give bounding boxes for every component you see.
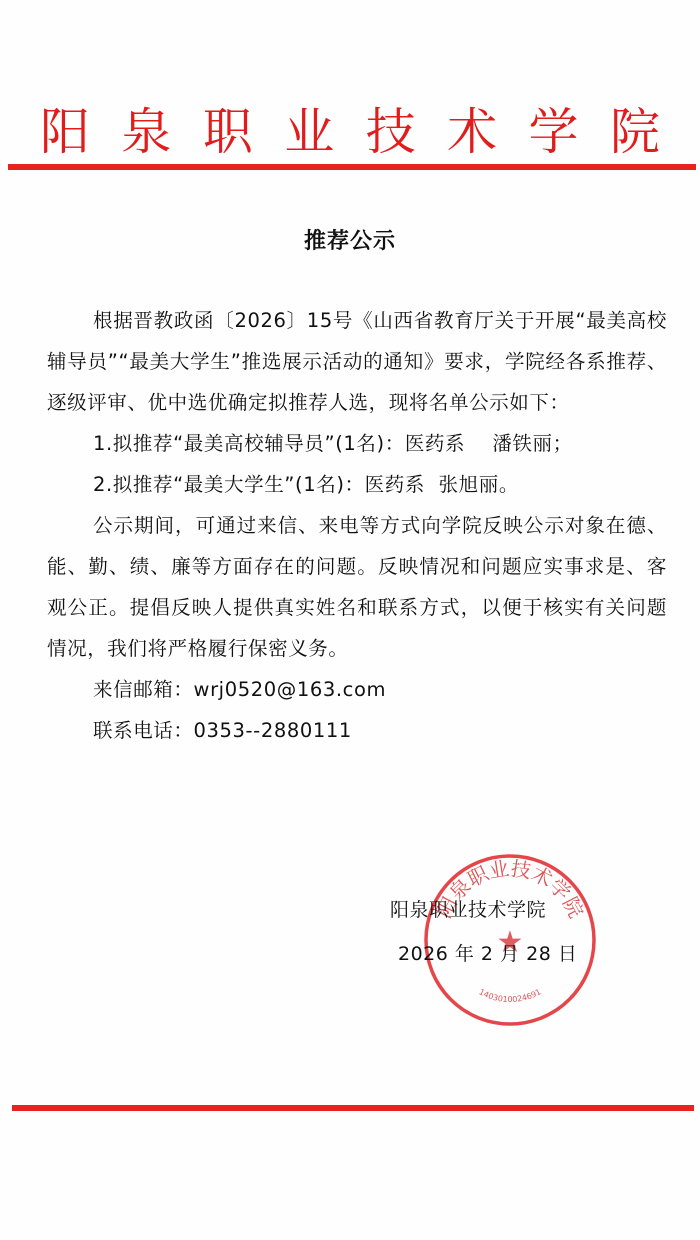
- letterhead-char: 业: [284, 100, 334, 164]
- institution-letterhead: 阳 泉 职 业 技 术 学 院: [40, 100, 660, 164]
- phone-number[interactable]: 0353--2880111: [194, 719, 352, 742]
- notice-paragraph: 公示期间，可通过来信、来电等方式向学院反映公示对象在德、能、勤、绩、廉等方面存在…: [47, 505, 667, 669]
- phone-label: 联系电话：: [93, 719, 194, 742]
- letterhead-char: 术: [447, 100, 497, 164]
- document-title: 推荐公示: [0, 224, 700, 255]
- email-label: 来信邮箱：: [93, 678, 194, 701]
- signature-block: 阳泉职业技术学院 2026 年 2 月 28 日: [390, 888, 670, 976]
- seal-number: 1403010024691: [477, 987, 542, 1004]
- document-body: 根据晋教政函〔2026〕15号《山西省教育厅关于开展“最美高校辅导员”“最美大学…: [47, 300, 667, 751]
- signing-date: 2026 年 2 月 28 日: [390, 932, 670, 976]
- footer-divider: [12, 1105, 694, 1111]
- contact-email: 来信邮箱：wrj0520@163.com: [47, 669, 667, 710]
- svg-text:1403010024691: 1403010024691: [477, 987, 542, 1004]
- recommendation-item: 1.拟推荐“最美高校辅导员”(1名)：医药系 潘铁丽；: [47, 423, 667, 464]
- intro-paragraph: 根据晋教政函〔2026〕15号《山西省教育厅关于开展“最美高校辅导员”“最美大学…: [47, 300, 667, 423]
- letterhead-char: 泉: [121, 100, 171, 164]
- contact-phone: 联系电话：0353--2880111: [47, 710, 667, 751]
- letterhead-char: 职: [203, 100, 253, 164]
- recommendation-item: 2.拟推荐“最美大学生”(1名)：医药系 张旭丽。: [47, 464, 667, 505]
- letterhead-char: 学: [529, 100, 579, 164]
- letterhead-char: 技: [366, 100, 416, 164]
- letterhead-char: 院: [610, 100, 660, 164]
- email-address[interactable]: wrj0520@163.com: [194, 678, 387, 701]
- letterhead-divider: [8, 164, 696, 170]
- letterhead-char: 阳: [40, 100, 90, 164]
- signing-organization: 阳泉职业技术学院: [390, 888, 670, 932]
